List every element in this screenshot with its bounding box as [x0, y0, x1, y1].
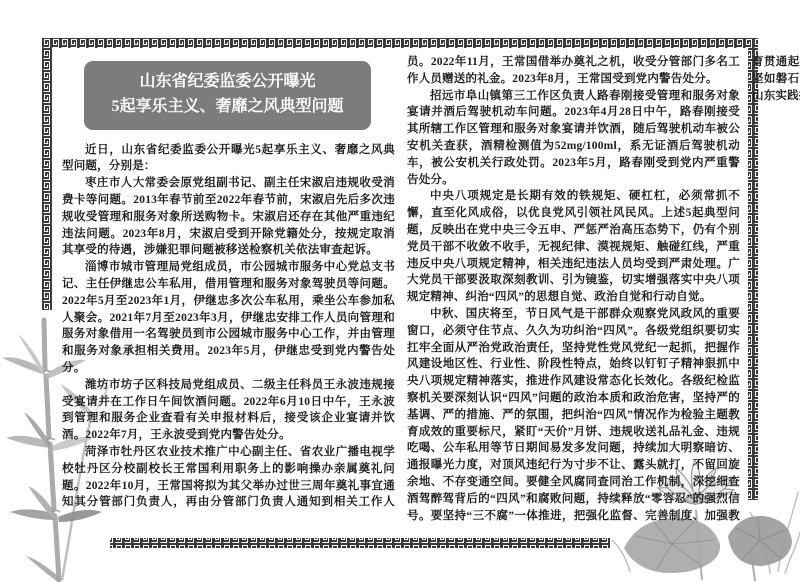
source-line: （来源：山东省纪委监委网站 2023-09-15） — [752, 121, 800, 138]
paragraph-case-zaozhuang: 枣庄市人大常委会原党组副书记、副主任宋淑启违规收受消费卡等问题。2013年春节前… — [62, 175, 395, 259]
headline-line-1: 山东省纪委监委公开曝光 — [88, 70, 367, 95]
article-body: 山东省纪委监委公开曝光 5起享乐主义、奢靡之风典型问题 近日，山东省纪委监委公开… — [62, 54, 740, 534]
paragraph-intro: 近日，山东省纪委监委公开曝光5起享乐主义、奢靡之风典型问题，分别是： — [62, 142, 395, 176]
paragraph-case-zhaoyuan: 招远市阜山镇第三工作区负责人路春刚接受管理和服务对象宴请并酒后驾驶机动车问题。2… — [407, 88, 740, 189]
paragraph-case-weifang: 潍坊市坊子区科技局党组成员、二级主任科员王永波违规接受宴请并在工作日午间饮酒问题… — [62, 377, 395, 444]
scanned-document-page: 山东省纪委监委公开曝光 5起享乐主义、奢靡之风典型问题 近日，山东省纪委监委公开… — [0, 0, 800, 582]
paragraph-commentary-1: 中央八项规定是长期有效的铁规矩、硬杠杠，必须常抓不懈，直至化风成俗，以优良党风引… — [407, 188, 740, 306]
headline-box: 山东省纪委监委公开曝光 5起享乐主义、奢靡之风典型问题 — [84, 61, 371, 130]
paragraph-case-zibo: 淄博市城市管理局党组成员，市公园城市服务中心党总支书记、主任伊继忠公车私用，借用… — [62, 259, 395, 377]
headline-line-2: 5起享乐主义、奢靡之风典型问题 — [88, 95, 367, 120]
